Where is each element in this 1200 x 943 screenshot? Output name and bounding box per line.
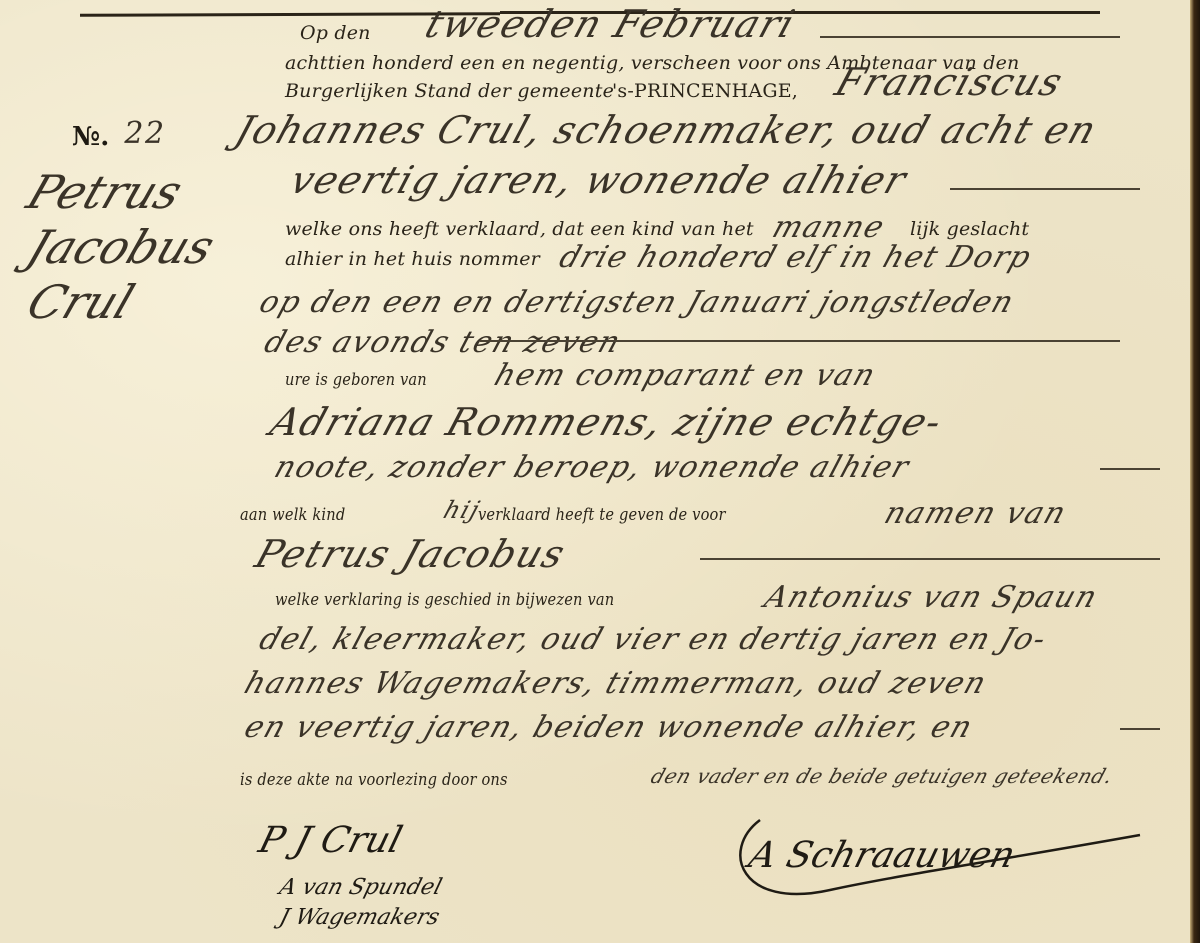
printed-born-of: ure is geboren van — [285, 370, 427, 390]
printed-house-number: alhier in het huis nommer — [285, 248, 540, 270]
hand-signed-by: den vader en de beide getuigen geteekend… — [648, 764, 1116, 788]
hand-date: tweeden Februari — [420, 2, 801, 46]
fill-line — [1100, 468, 1160, 470]
printed-reading: is deze akte na voorlezing door ons — [240, 770, 508, 790]
record-number-value: 22 — [124, 116, 165, 151]
hand-father-details: Johannes Crul, schoenmaker, oud acht en — [230, 108, 1103, 152]
printed-op-den: Op den — [300, 22, 371, 44]
hand-witness2-details: en veertig jaren, beiden wonende alhier,… — [240, 710, 978, 745]
signature-father: P J Crul — [255, 820, 407, 861]
margin-given-name-2: Jacobus — [20, 220, 222, 274]
hand-witness1-name: Antonius van Spaun — [760, 580, 1103, 615]
margin-surname: Crul — [20, 275, 141, 329]
printed-witnesses-intro: welke verklaring is geschied in bijwezen… — [275, 590, 614, 610]
hand-witness1-details: del, kleermaker, oud vier en dertig jare… — [255, 622, 1052, 657]
hand-house-address: drie honderd elf in het Dorp — [555, 240, 1036, 275]
hand-father-age-residence: veertig jaren, wonende alhier — [285, 158, 913, 202]
margin-given-name-1: Petrus — [20, 165, 189, 219]
record-number: №. 22 — [72, 118, 160, 153]
printed-child-named: aan welk kind — [240, 505, 345, 525]
hand-birth-time: des avonds ten zeven — [260, 325, 626, 360]
fill-line — [950, 188, 1140, 190]
printed-verklaard: verklaard heeft te geven de voor — [478, 505, 726, 525]
hand-birth-date: op den een en dertigsten Januari jongstl… — [255, 285, 1019, 320]
hand-mother-name: Adriana Rommens, zijne echtge- — [265, 400, 949, 444]
fill-line — [1120, 728, 1160, 730]
book-spine-edge — [1190, 0, 1200, 943]
printed-burgerlijke-stand: Burgerlijken Stand der gemeente — [285, 80, 614, 102]
fill-line — [820, 36, 1120, 38]
hand-father-first: Franciscus — [830, 60, 1069, 104]
signature-flourish — [720, 810, 1160, 920]
printed-declared: welke ons heeft verklaard, dat een kind … — [285, 218, 754, 240]
hand-mother-details: noote, zonder beroep, wonende alhier — [270, 450, 914, 485]
record-number-label: №. — [72, 122, 109, 152]
hand-names-of: namen van — [880, 496, 1071, 531]
municipality-name: 's-PRINCENHAGE, — [612, 80, 798, 102]
fill-line — [700, 558, 1160, 560]
fill-line — [480, 340, 1120, 342]
hand-born-of: hem comparant en van — [490, 358, 881, 393]
birth-certificate-page: №. 22 Petrus Jacobus Crul Op den tweeden… — [0, 0, 1200, 943]
signature-witness1: A van Spundel — [277, 875, 445, 900]
printed-geslacht: lijk geslacht — [910, 218, 1029, 240]
hand-child-name: Petrus Jacobus — [250, 532, 571, 576]
hand-witness2-name: hannes Wagemakers, timmerman, oud zeven — [240, 666, 992, 701]
signature-witness2: J Wagemakers — [277, 905, 443, 930]
